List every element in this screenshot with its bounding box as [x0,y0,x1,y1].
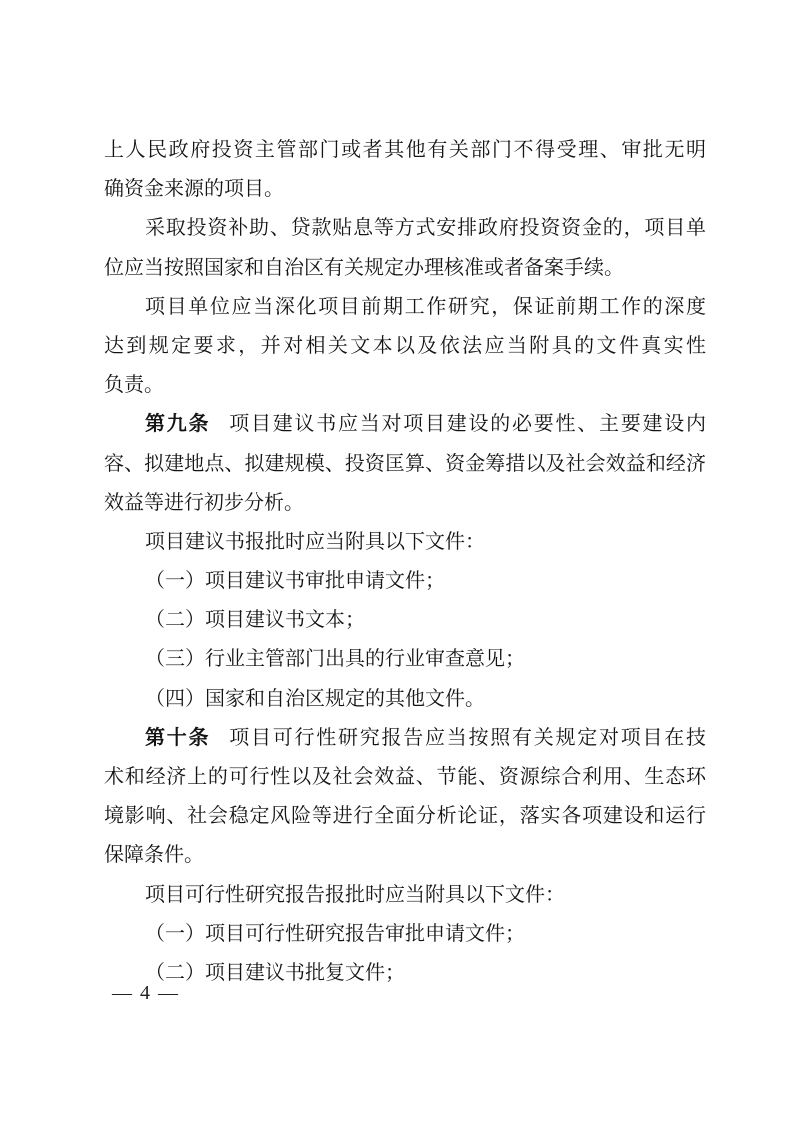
text-line: 第九条项目建议书应当对项目建设的必要性、主要建设内 [104,405,706,444]
text-line: 项目建议书报批时应当附具以下文件： [104,523,706,562]
line-text: 项目单位应当深化项目前期工作研究，保证前期工作的深度 [145,296,706,318]
text-line: 确资金来源的项目。 [104,170,706,209]
text-line: （二）项目建议书批复文件； [104,954,706,993]
article-number-label: 第十条 [145,727,210,749]
text-line: 位应当按照国家和自治区有关规定办理核准或者备案手续。 [104,249,706,288]
line-text: 项目建议书报批时应当附具以下文件： [145,531,485,553]
line-text: 境影响、社会稳定风险等进行全面分析论证，落实各项建设和运行 [104,805,706,827]
text-line: （三）行业主管部门出具的行业审查意见； [104,640,706,679]
text-line: 采取投资补助、贷款贴息等方式安排政府投资资金的，项目单 [104,209,706,248]
line-text: 项目可行性研究报告报批时应当附具以下文件： [145,884,565,906]
text-line: 负责。 [104,366,706,405]
text-line: 项目可行性研究报告报批时应当附具以下文件： [104,876,706,915]
document-body: 上人民政府投资主管部门或者其他有关部门不得受理、审批无明 确资金来源的项目。 采… [104,131,706,993]
text-line: 达到规定要求，并对相关文本以及依法应当附具的文件真实性 [104,327,706,366]
article-number-label: 第九条 [145,413,210,435]
page-footer: — 4 — [112,982,180,1005]
line-text: （二）项目建议书批复文件； [145,962,405,984]
text-line: （一）项目建议书审批申请文件； [104,562,706,601]
text-line: （二）项目建议书文本； [104,601,706,640]
line-text: 项目可行性研究报告应当按照有关规定对项目在技 [229,727,706,749]
line-text: （四）国家和自治区规定的其他文件。 [145,688,485,710]
line-text: 保障条件。 [104,844,204,866]
text-line: 第十条项目可行性研究报告应当按照有关规定对项目在技 [104,719,706,758]
line-text: （一）项目建议书审批申请文件； [145,570,445,592]
line-text: 容、拟建地点、拟建规模、投资匡算、资金筹措以及社会效益和经济 [104,453,706,475]
page-number: — 4 — [112,982,180,1004]
text-line: 容、拟建地点、拟建规模、投资匡算、资金筹措以及社会效益和经济 [104,445,706,484]
line-text: 术和经济上的可行性以及社会效益、节能、资源综合利用、生态环 [104,766,706,788]
line-text: 确资金来源的项目。 [104,178,284,200]
text-line: （一）项目可行性研究报告审批申请文件； [104,915,706,954]
line-text: （一）项目可行性研究报告审批申请文件； [145,923,525,945]
line-text: （二）项目建议书文本； [145,609,365,631]
line-text: （三）行业主管部门出具的行业审查意见； [145,648,525,670]
line-text: 上人民政府投资主管部门或者其他有关部门不得受理、审批无明 [104,139,706,161]
line-text: 达到规定要求，并对相关文本以及依法应当附具的文件真实性 [104,335,706,357]
text-line: 效益等进行初步分析。 [104,484,706,523]
document-page: 上人民政府投资主管部门或者其他有关部门不得受理、审批无明 确资金来源的项目。 采… [0,0,793,1122]
line-text: 负责。 [104,374,164,396]
line-text: 采取投资补助、贷款贴息等方式安排政府投资资金的，项目单 [145,217,706,239]
text-line: 保障条件。 [104,836,706,875]
line-text: 位应当按照国家和自治区有关规定办理核准或者备案手续。 [104,257,624,279]
line-text: 效益等进行初步分析。 [104,492,304,514]
line-text: 项目建议书应当对项目建设的必要性、主要建设内 [229,413,706,435]
text-line: 项目单位应当深化项目前期工作研究，保证前期工作的深度 [104,288,706,327]
text-line: 术和经济上的可行性以及社会效益、节能、资源综合利用、生态环 [104,758,706,797]
text-line: （四）国家和自治区规定的其他文件。 [104,680,706,719]
text-line: 上人民政府投资主管部门或者其他有关部门不得受理、审批无明 [104,131,706,170]
text-line: 境影响、社会稳定风险等进行全面分析论证，落实各项建设和运行 [104,797,706,836]
